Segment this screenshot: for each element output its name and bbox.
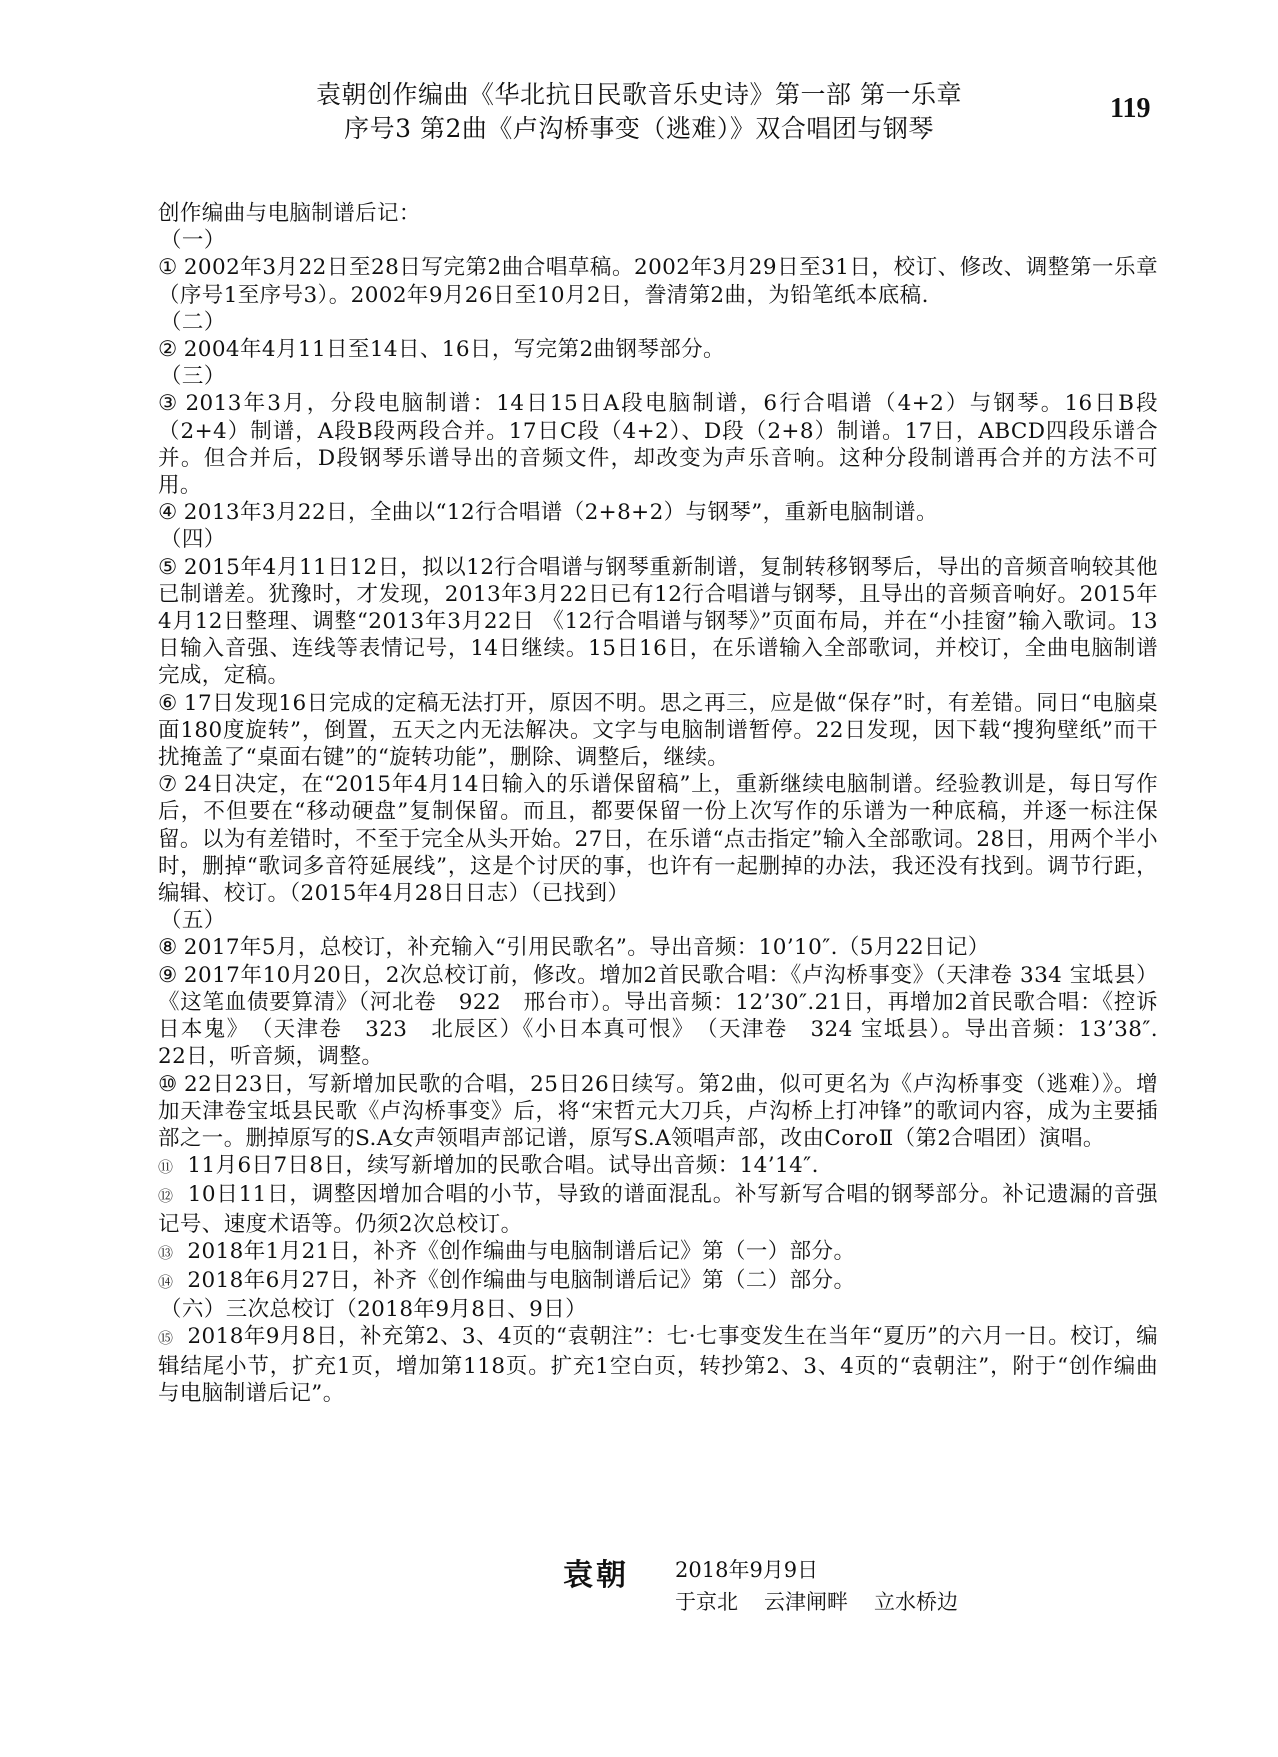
item-text: 11月6日7日8日，续写新增加的民歌合唱。试导出音频：14’14″.	[187, 1153, 818, 1178]
list-item: ⑦24日决定，在“2015年4月14日输入的乐谱保留稿”上，重新继续电脑制谱。经…	[158, 771, 1158, 907]
signature-place: 立水桥边	[874, 1590, 958, 1614]
signature-place: 云津闸畔	[764, 1590, 848, 1614]
list-item: ①2002年3月22日至28日写完第2曲合唱草稿。2002年3月29日至31日，…	[158, 254, 1158, 308]
item-marker: ⑮	[158, 1329, 173, 1347]
item-marker: ⑨	[158, 963, 178, 988]
item-text: 2002年3月22日至28日写完第2曲合唱草稿。2002年3月29日至31日，校…	[158, 255, 1158, 307]
item-text: 2013年3月，分段电脑制谱：14日15日A段电脑制谱，6行合唱谱（4+2）与钢…	[158, 391, 1158, 498]
page-header: 袁朝创作编曲《华北抗日民歌音乐史诗》第一部 第一乐章 序号3 第2曲《卢沟桥事变…	[0, 78, 1278, 146]
signature-place: 于京北	[675, 1590, 738, 1614]
item-text: 2018年9月8日，补充第2、3、4页的“袁朝注”：七·七事变发生在当年“夏历”…	[158, 1324, 1158, 1405]
title-line-2: 序号3 第2曲《卢沟桥事变（逃难）》双合唱团与钢琴	[0, 112, 1278, 146]
section-label: （二）	[158, 309, 1158, 336]
signature-date: 2018年9月9日	[675, 1554, 818, 1584]
item-marker: ④	[158, 500, 178, 525]
afterword-heading: 创作编曲与电脑制谱后记：	[158, 200, 1158, 227]
item-text: 17日发现16日完成的定稿无法打开，原因不明。思之再三，应是做“保存”时，有差错…	[158, 691, 1158, 770]
section-label: （三）	[158, 363, 1158, 390]
section-label: （五）	[158, 907, 1158, 934]
title-line-1: 袁朝创作编曲《华北抗日民歌音乐史诗》第一部 第一乐章	[0, 78, 1278, 112]
author-signature: 袁朝	[563, 1550, 629, 1594]
item-text: 2013年3月22日，全曲以“12行合唱谱（2+8+2）与钢琴”，重新电脑制谱。	[184, 500, 938, 525]
list-item: ⑭2018年6月27日，补齐《创作编曲与电脑制谱后记》第（二）部分。	[158, 1267, 1158, 1296]
list-item: ⑧2017年5月，总校订，补充输入“引用民歌名”。导出音频：10’10″.（5月…	[158, 934, 1158, 961]
item-marker: ③	[158, 391, 179, 416]
section-label: （一）	[158, 227, 1158, 254]
afterword: 创作编曲与电脑制谱后记： （一） ①2002年3月22日至28日写完第2曲合唱草…	[158, 200, 1158, 1407]
list-item: ⑮2018年9月8日，补充第2、3、4页的“袁朝注”：七·七事变发生在当年“夏历…	[158, 1323, 1158, 1407]
list-item: ③2013年3月，分段电脑制谱：14日15日A段电脑制谱，6行合唱谱（4+2）与…	[158, 390, 1158, 499]
item-text: 2017年5月，总校订，补充输入“引用民歌名”。导出音频：10’10″.（5月2…	[184, 935, 990, 960]
section-label: （四）	[158, 526, 1158, 553]
item-marker: ⑭	[158, 1273, 173, 1291]
list-item: ⑨2017年10月20日，2次总校订前，修改。增加2首民歌合唱：《卢沟桥事变》（…	[158, 962, 1158, 1071]
item-marker: ②	[158, 337, 178, 362]
item-marker: ⑤	[158, 555, 178, 580]
list-item: ⑪11月6日7日8日，续写新增加的民歌合唱。试导出音频：14’14″.	[158, 1152, 1158, 1181]
item-text: 2004年4月11日至14日、16日，写完第2曲钢琴部分。	[184, 337, 725, 362]
list-item: ②2004年4月11日至14日、16日，写完第2曲钢琴部分。	[158, 336, 1158, 363]
item-text: 2018年6月27日，补齐《创作编曲与电脑制谱后记》第（二）部分。	[187, 1268, 855, 1293]
item-text: 2017年10月20日，2次总校订前，修改。增加2首民歌合唱：《卢沟桥事变》（天…	[158, 963, 1180, 1070]
page-number: 119	[1110, 93, 1150, 125]
signature-places: 于京北云津闸畔立水桥边	[675, 1586, 984, 1616]
list-item: ⑩22日23日，写新增加民歌的合唱，25日26日续写。第2曲，似可更名为《卢沟桥…	[158, 1071, 1158, 1153]
section-label: （六）三次总校订（2018年9月8日、9日）	[158, 1296, 1158, 1323]
item-marker: ⑪	[158, 1158, 173, 1176]
list-item: ⑥17日发现16日完成的定稿无法打开，原因不明。思之再三，应是做“保存”时，有差…	[158, 690, 1158, 772]
item-marker: ⑧	[158, 935, 178, 960]
item-marker: ⑫	[158, 1187, 174, 1205]
item-text: 2015年4月11日12日，拟以12行合唱谱与钢琴重新制谱，复制转移钢琴后，导出…	[158, 555, 1158, 689]
item-marker: ⑥	[158, 691, 178, 716]
item-marker: ⑬	[158, 1244, 173, 1262]
item-marker: ⑦	[158, 772, 178, 797]
item-text: 22日23日，写新增加民歌的合唱，25日26日续写。第2曲，似可更名为《卢沟桥事…	[158, 1072, 1158, 1151]
list-item: ⑬2018年1月21日，补齐《创作编曲与电脑制谱后记》第（一）部分。	[158, 1238, 1158, 1267]
item-text: 2018年1月21日，补齐《创作编曲与电脑制谱后记》第（一）部分。	[187, 1239, 855, 1264]
item-marker: ①	[158, 255, 178, 280]
item-text: 10日11日，调整因增加合唱的小节，导致的谱面混乱。补写新写合唱的钢琴部分。补记…	[158, 1182, 1158, 1236]
item-text: 24日决定，在“2015年4月14日输入的乐谱保留稿”上，重新继续电脑制谱。经验…	[158, 772, 1158, 906]
list-item: ⑫10日11日，调整因增加合唱的小节，导致的谱面混乱。补写新写合唱的钢琴部分。补…	[158, 1181, 1158, 1237]
list-item: ④2013年3月22日，全曲以“12行合唱谱（2+8+2）与钢琴”，重新电脑制谱…	[158, 499, 1158, 526]
list-item: ⑤2015年4月11日12日，拟以12行合唱谱与钢琴重新制谱，复制转移钢琴后，导…	[158, 554, 1158, 690]
item-marker: ⑩	[158, 1072, 178, 1097]
